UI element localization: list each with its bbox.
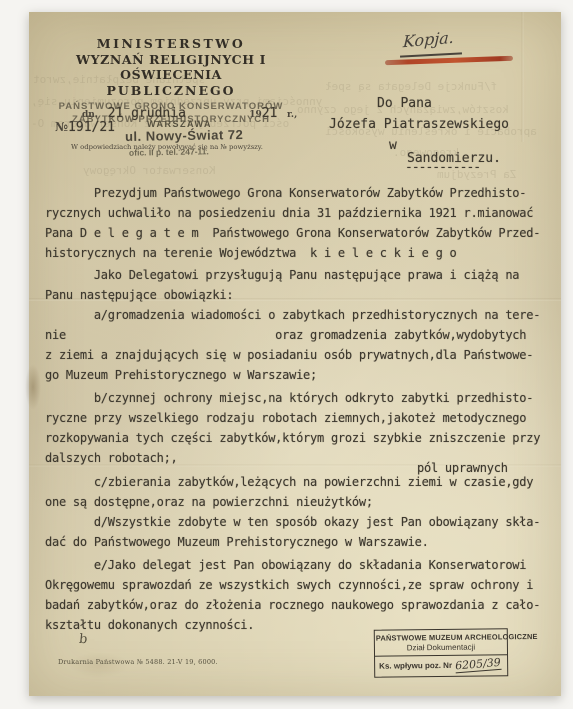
body-line: z ziemi a znajdujących się w posiadaniu …	[45, 345, 557, 365]
recipient-underline: -----------	[405, 160, 480, 175]
letter-body: Prezydjum Państwowego Grona Konserwatoró…	[45, 183, 557, 635]
body-line: c/zbierania zabytków,leżących na powierz…	[45, 472, 557, 492]
office-room-note: ofic. II p. tel. 247-11.	[129, 146, 209, 157]
document-number-line: №191/21	[55, 116, 115, 135]
body-line: dać do Państwowego Muzeum Prehistoryczne…	[45, 532, 557, 552]
body-line: one są dostępne,oraz na powierzchni nieu…	[45, 492, 557, 512]
recipient-preposition: w	[389, 138, 397, 153]
body-line: go Muzeum Prehistorycznego w Warszawie;	[45, 365, 557, 385]
ministry-name-line2: WYZNAŃ RELIGIJNYCH I OŚWIECENIA	[31, 52, 311, 82]
museum-stamp-department: Dział Dokumentacji	[375, 641, 507, 656]
number-label: №	[55, 120, 68, 134]
body-line: Prezydjum Państwowego Grona Konserwatoró…	[45, 183, 557, 203]
body-line: rycznych uchwaliło na posiedzeniu dnia 3…	[45, 203, 557, 223]
edge-stain	[25, 364, 41, 410]
body-line: Pana D e l e g a t e m Państwowego Grona…	[45, 223, 557, 243]
recipient-name: Józefa Piatraszewskiego	[329, 117, 509, 132]
street-address: ul. Nowy-Świat 72	[125, 127, 244, 144]
museum-stamp: PAŃSTWOWE MUZEUM ARCHEOLOGICZNE Dział Do…	[374, 628, 508, 677]
body-line: a/gromadzenia wiadomości o zabytkach prz…	[45, 305, 557, 325]
body-line: Okręgowemu sprawozdań ze wszystkich swyc…	[45, 575, 557, 595]
recipient-salutation: Do Pana	[377, 96, 432, 111]
museum-stamp-name: PAŃSTWOWE MUZEUM ARCHEOLOGICZNE	[375, 629, 507, 642]
copy-note-ink-underline	[400, 52, 462, 57]
body-line: ryczne przy wszelkiego rodzaju robotach …	[45, 408, 557, 428]
body-line: rozkopywania tych części zabytków,którym…	[45, 428, 557, 448]
body-line: badań zabytków,oraz do złożenia rocznego…	[45, 595, 557, 615]
copy-note-red-underline	[385, 56, 513, 65]
fold-crease-vertical	[521, 12, 524, 142]
body-line: historycznych na terenie Województwa k i…	[45, 243, 557, 263]
year-typed: 21	[262, 106, 278, 121]
body-line: Jako Delegatowi przysługują Panu następu…	[45, 265, 557, 285]
handwritten-copy-note: Kopja.	[403, 28, 455, 52]
document-page: f/Funkcje Delegata są speł kosztów,związ…	[29, 12, 561, 696]
museum-stamp-entry-label: Ks. wpływu poz. Nr	[379, 661, 452, 671]
museum-stamp-entry-number: 6205/39	[455, 656, 502, 674]
body-line: e/Jako delegat jest Pan obowiązany do sk…	[45, 555, 557, 575]
body-line: Panu następujące obowiązki:	[45, 285, 557, 305]
ministry-name-line1: MINISTERSTWO	[31, 36, 311, 51]
typed-insertion-above-line: pól uprawnych	[417, 461, 508, 475]
bleedthrough-line: f/Funkcje Delegata są speł	[325, 80, 497, 93]
ministry-name-line3: PUBLICZNEGO	[31, 83, 311, 98]
printer-imprint: Drukarnia Państwowa № 5488. 21-V 19, 600…	[58, 658, 218, 666]
year-suffix: r.,	[287, 110, 297, 120]
number-typed: 191/21	[68, 120, 115, 135]
bleedthrough-line: Konserwator Okręgowy	[83, 164, 215, 177]
handwritten-letter-b: b	[78, 632, 88, 647]
body-line: b/czynnej ochrony miejsc,na których odkr…	[45, 388, 557, 408]
body-line: d/Wszystkie zdobyte w ten sposób okazy j…	[45, 512, 557, 532]
year-printed: 19	[249, 110, 262, 120]
body-line: nie oraz gromadzenia zabytków,wydobytych	[45, 325, 557, 345]
museum-stamp-entry-row: Ks. wpływu poz. Nr 6205/39	[375, 655, 507, 676]
scan-background: f/Funkcje Delegata są speł kosztów,związ…	[0, 0, 573, 709]
